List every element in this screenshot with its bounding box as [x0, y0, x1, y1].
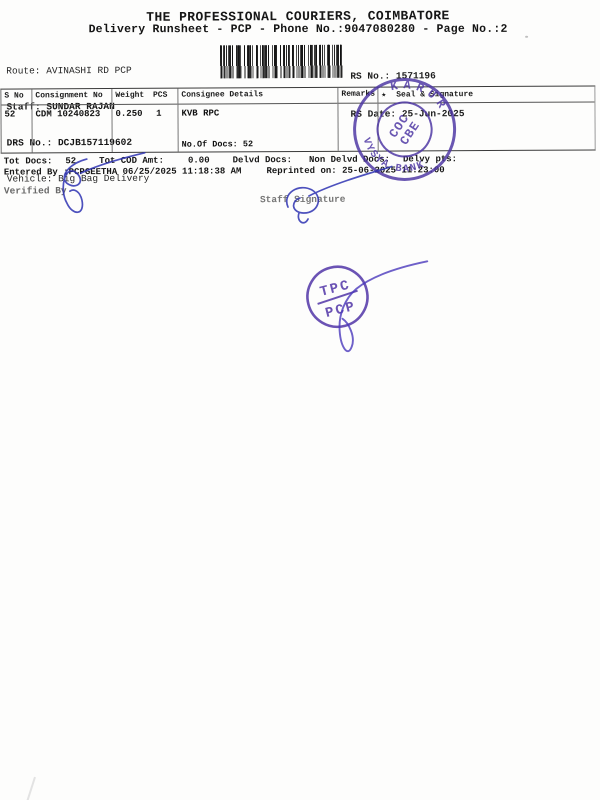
- route-line: Route: AVINASHI RD PCP: [6, 65, 149, 78]
- audit-line: Entered By :PCPGEETHA 06/25/2025 11:18:3…: [4, 165, 445, 177]
- entered-by-line: Entered By :PCPGEETHA 06/25/2025 11:18:3…: [4, 166, 242, 177]
- tot-cod-value: 0.00: [188, 155, 210, 165]
- consignment-table: S No Consignment No Weight PCS Consignee…: [0, 85, 595, 153]
- delvy-pts-label: Delvy pts:: [403, 154, 457, 164]
- delvd-docs-label: Delvd Docs:: [233, 155, 292, 165]
- scan-corner-mark: [26, 777, 36, 800]
- header-s-no: S No: [1, 89, 31, 105]
- tpc-stamp-bottom-text: PCP: [324, 299, 358, 322]
- tot-docs-label: Tot Docs:: [4, 156, 53, 166]
- row-weight: 0.250: [115, 109, 142, 152]
- barcode-icon: [220, 45, 343, 79]
- page-subtitle: Delivery Runsheet - PCP - Phone No.:9047…: [0, 23, 598, 37]
- non-delvd-docs-label: Non Delvd Docs:: [309, 155, 390, 165]
- row-weight-pcs: 0.250 1: [111, 105, 177, 152]
- tpc-pcp-stamp: TPC PCP: [295, 254, 380, 339]
- tot-cod-label: Tot COD Amt:: [99, 156, 164, 166]
- header-remarks: Remarks: [337, 88, 377, 104]
- rs-no-line: RS No.: 1571196: [350, 70, 464, 83]
- tot-docs-value: 52: [65, 156, 76, 166]
- stamp-signature-scribble: [339, 261, 428, 351]
- verified-by-label: Verified By: [4, 185, 67, 196]
- row-remarks: [337, 104, 377, 151]
- tpc-stamp-top-text: TPC: [318, 277, 352, 300]
- runsheet-scan-page: THE PROFESSIONAL COURIERS, COIMBATORE De…: [0, 0, 600, 800]
- header-seal-signature: ★Seal & Signature: [377, 86, 594, 103]
- reprinted-line: Reprinted on: 25-06-2025 11:23:00: [266, 165, 444, 176]
- row-pcs: 1: [156, 109, 168, 152]
- header-weight: Weight: [115, 91, 144, 104]
- star-icon: ★: [381, 91, 386, 100]
- scan-speck: [525, 36, 528, 38]
- header-pcs: PCS: [153, 91, 167, 104]
- staff-signature-label: Staff Signature: [260, 194, 346, 205]
- row-s-no: 52: [1, 105, 31, 152]
- row-consignment-no: CDM 10240823: [31, 105, 111, 152]
- header-weight-pcs: Weight PCS: [111, 89, 177, 105]
- header-consignee-details: Consignee Details: [177, 88, 337, 105]
- row-seal-signature: [377, 102, 594, 150]
- no-of-docs: No.Of Docs: 52: [182, 139, 253, 149]
- row-consignee: KVB RPC No.Of Docs: 52: [177, 104, 337, 152]
- header-consignment-no: Consignment No: [31, 89, 111, 105]
